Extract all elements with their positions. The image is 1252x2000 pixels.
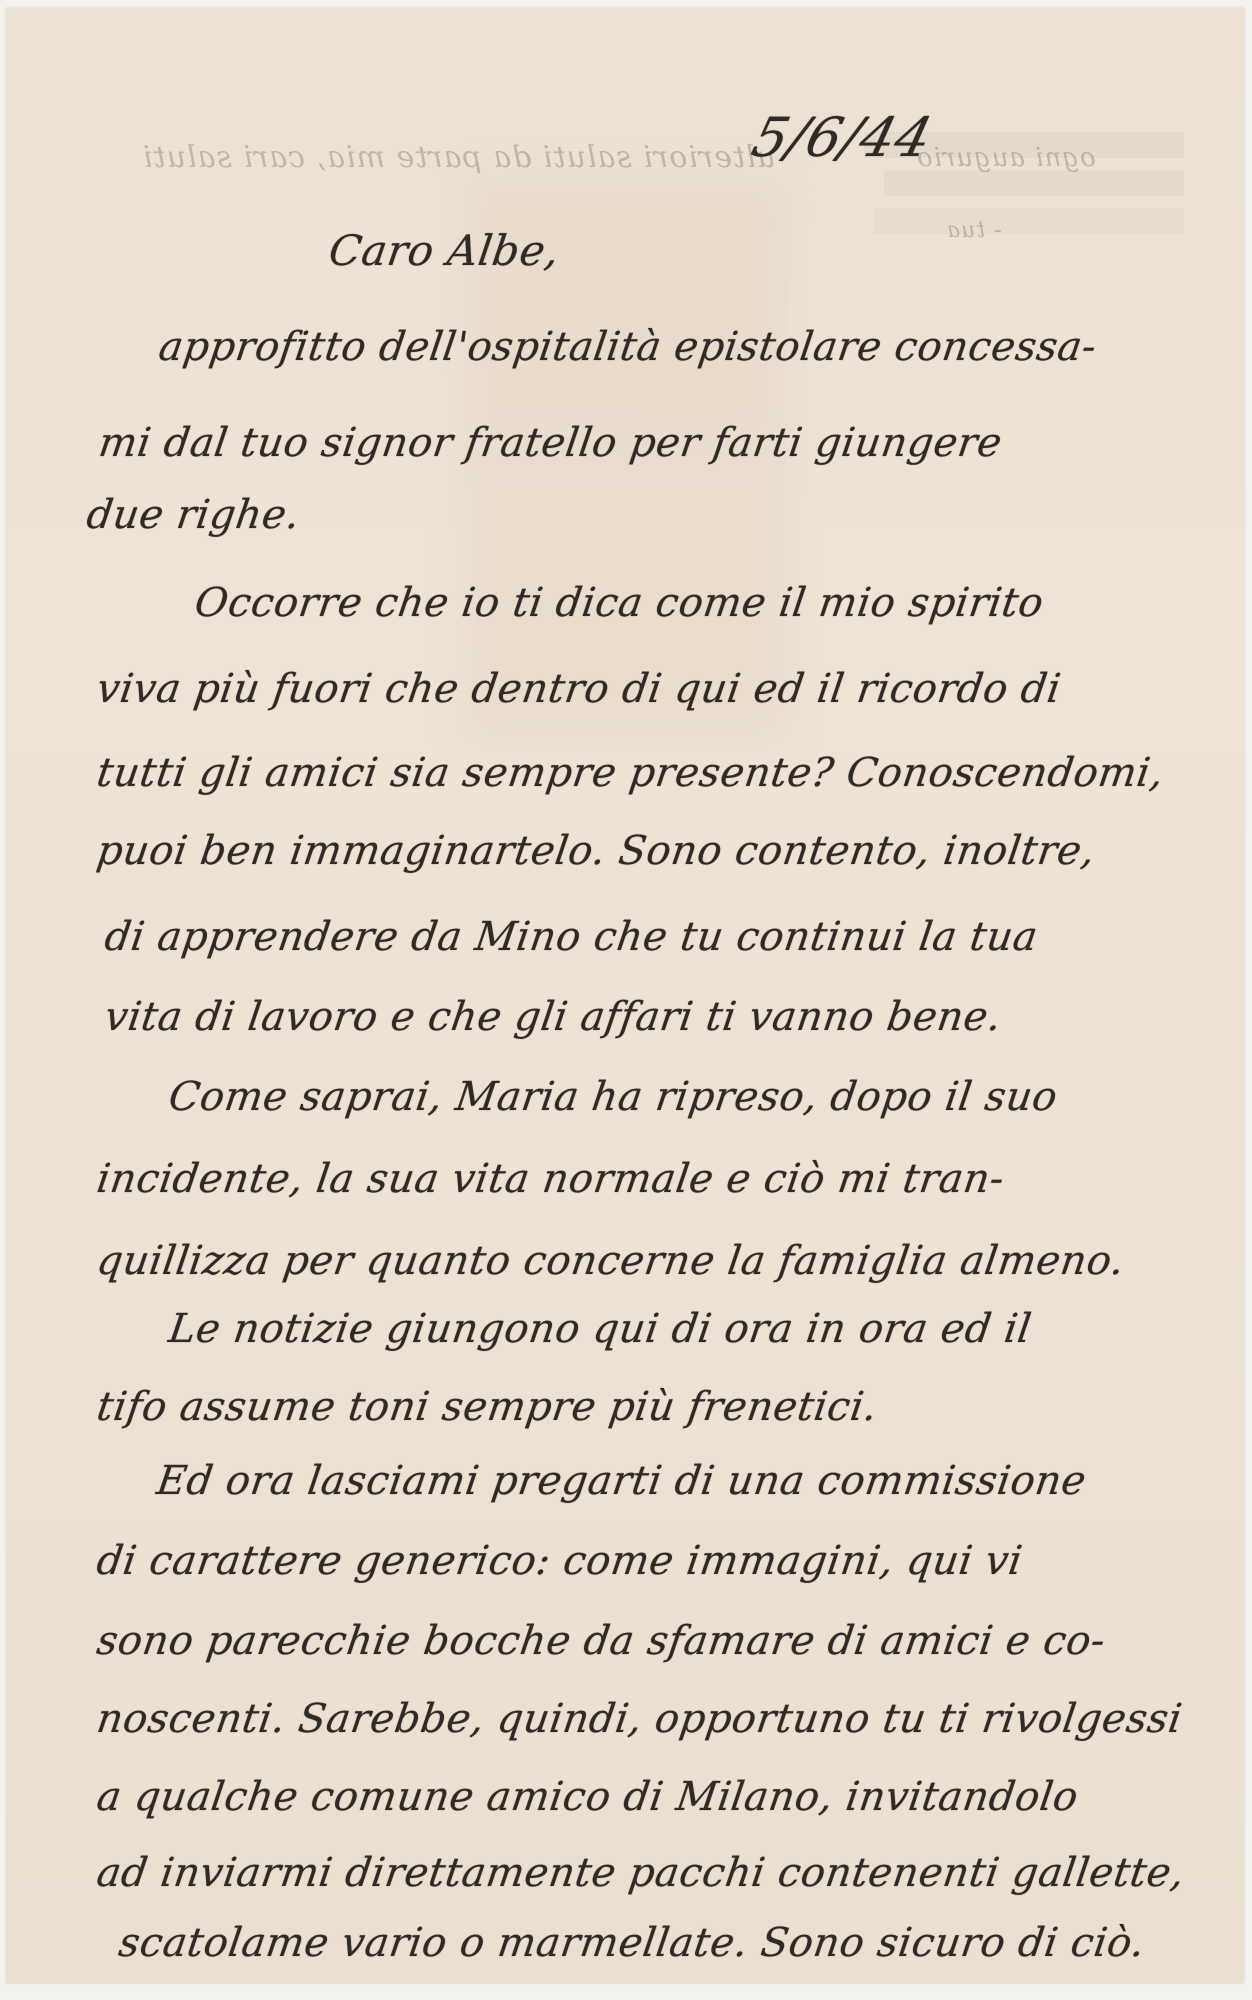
letter-line: tifo assume toni sempre più frenetici. [94, 1384, 880, 1430]
letter-line: vita di lavoro e che gli affari ti vanno… [102, 994, 1004, 1040]
letter-line: Ed ora lasciami pregarti di una commissi… [154, 1458, 1089, 1504]
letter-line: viva più fuori che dentro di qui ed il r… [94, 666, 1064, 712]
letter-line: scatolame vario o marmellate. Sono sicur… [116, 1920, 1148, 1966]
bleed-through-mark: - tua [946, 218, 1002, 243]
letter-line: di carattere generico: come immagini, qu… [94, 1538, 1025, 1584]
letter-line: mi dal tuo signor fratello per farti giu… [96, 420, 1005, 466]
letter-line: Come saprai, Maria ha ripreso, dopo il s… [166, 1074, 1060, 1120]
letter-line: Le notizie giungono qui di ora in ora ed… [166, 1306, 1034, 1352]
scan-background: ulteriori saluti da parte mia, cari salu… [0, 0, 1252, 2000]
letter-line: incidente, la sua vita normale e ciò mi … [94, 1156, 1007, 1202]
letter-line: quillizza per quanto concerne la famigli… [94, 1238, 1127, 1284]
letter-line: di apprendere da Mino che tu continui la… [102, 914, 1041, 960]
letter-date: 5/6/44 [746, 106, 939, 169]
letter-salutation: Caro Albe, [326, 226, 563, 275]
letter-line: a qualche comune amico di Milano, invita… [94, 1774, 1081, 1820]
letter-line: due righe. [84, 492, 303, 538]
letter-sheet: ulteriori saluti da parte mia, cari salu… [6, 8, 1244, 1983]
letter-line: ad inviarmi direttamente pacchi contenen… [94, 1850, 1188, 1896]
letter-line: approfitto dell'ospitalità epistolare co… [156, 324, 1099, 370]
letter-line: noscenti. Sarebbe, quindi, opportuno tu … [94, 1696, 1185, 1742]
letter-line: Occorre che io ti dica come il mio spiri… [192, 580, 1046, 626]
letter-line: puoi ben immaginartelo. Sono contento, i… [94, 828, 1098, 874]
bleed-through-top: ulteriori saluti da parte mia, cari salu… [86, 140, 776, 175]
bleed-through-right: ogni augurio [916, 143, 1096, 173]
letter-line: sono parecchie bocche da sfamare di amic… [94, 1618, 1108, 1664]
letter-line: tutti gli amici sia sempre presente? Con… [94, 750, 1167, 796]
